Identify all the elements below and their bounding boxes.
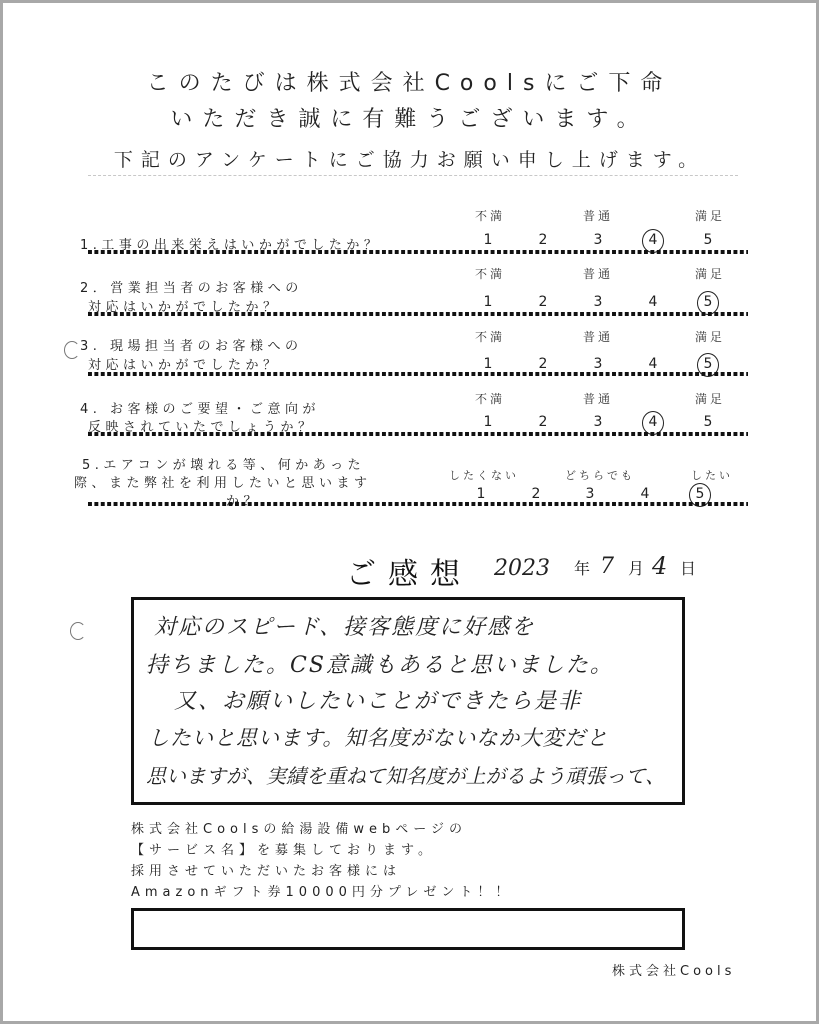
dotted-divider (88, 372, 748, 376)
scale-label-mid: 普通 (583, 390, 613, 407)
header-divider (88, 175, 738, 176)
scale-label-high: 満足 (695, 328, 725, 345)
date-day-label: 日 (680, 556, 696, 579)
survey-request-text: 下記のアンケートにご協力お願い申し上げます。 (0, 145, 819, 172)
scale-label-mid: 普通 (583, 328, 613, 345)
scale-label-low: 不満 (475, 265, 505, 282)
header-greeting-line-2: いただき誠に有難うございます。 (0, 102, 819, 133)
scale-label-low: 不満 (475, 207, 505, 224)
rating-option-4[interactable]: 4 (641, 294, 665, 310)
scale-label-mid: 普通 (583, 207, 613, 224)
rating-option-4-selected[interactable]: 4 (641, 232, 665, 248)
comment-line-5: 思いますが、実績を重ねて知名度が上がるよう頑張って、 (146, 760, 665, 789)
comment-line-2: 持ちました。CS意識もあると思いました。 (146, 648, 614, 679)
date-month-label: 月 (628, 556, 644, 579)
promo-line-4: Amazonギフト券10000円分プレゼント！！ (131, 881, 513, 900)
date-year-label: 年 (574, 556, 590, 579)
question-5-text-line-1: 5.エアコンが壊れる等、何かあった (82, 454, 365, 473)
scale-label-low: したくない (449, 467, 519, 483)
rating-option-2[interactable]: 2 (531, 232, 555, 248)
dotted-divider (88, 432, 748, 436)
rating-option-3[interactable]: 3 (586, 356, 610, 372)
comment-textarea[interactable]: 対応のスピード、接客態度に好感を 持ちました。CS意識もあると思いました。 又、… (131, 597, 685, 805)
rating-option-5[interactable]: 5 (696, 414, 720, 430)
rating-option-1[interactable]: 1 (476, 414, 500, 430)
question-5-text-line-2: 際、また弊社を利用したいと思います (74, 472, 372, 491)
punch-hole-mark (64, 341, 80, 359)
scale-label-high: 満足 (695, 390, 725, 407)
scale-label-low: 不満 (475, 328, 505, 345)
rating-option-1[interactable]: 1 (476, 294, 500, 310)
rating-option-2[interactable]: 2 (531, 356, 555, 372)
rating-option-5-selected[interactable]: 5 (696, 356, 720, 372)
rating-option-4[interactable]: 4 (633, 486, 657, 502)
promo-line-3: 採用させていただいたお客様には (131, 860, 401, 879)
rating-option-4[interactable]: 4 (641, 356, 665, 372)
scale-label-high: 満足 (695, 265, 725, 282)
impressions-title: ご感想 (346, 549, 472, 593)
comment-line-4: したいと思います。知名度がないなか大変だと (148, 722, 608, 752)
comment-line-3: 又、お願いしたいことができたら是非 (174, 684, 582, 715)
punch-hole-mark (70, 622, 86, 640)
scale-label-high: 満足 (695, 207, 725, 224)
scale-label-low: 不満 (475, 390, 505, 407)
footer-company-name: 株式会社Cools (612, 960, 735, 979)
service-name-input[interactable] (131, 908, 685, 950)
rating-option-5[interactable]: 5 (696, 232, 720, 248)
rating-option-4-selected[interactable]: 4 (641, 414, 665, 430)
rating-option-5-selected[interactable]: 5 (696, 294, 720, 310)
scale-label-high: したい (691, 467, 733, 483)
scale-label-mid: どちらでも (565, 467, 635, 483)
promo-line-1: 株式会社Coolsの給湯設備webページの (131, 818, 467, 837)
rating-option-3[interactable]: 3 (578, 486, 602, 502)
date-month: 7 (600, 554, 614, 579)
question-3-text-line-1: 3. 現場担当者のお客様への (80, 335, 303, 354)
question-2-text-line-1: 2．営業担当者のお客様への (80, 277, 303, 296)
question-4-text-line-1: 4. お客様のご要望・ご意向が (80, 398, 320, 417)
date-day: 4 (652, 552, 667, 580)
question-3-text-line-2: 対応はいかがでしたか？ (88, 354, 281, 373)
header-greeting-line-1: このたびは株式会社Coolsにご下命 (0, 66, 819, 97)
rating-option-1[interactable]: 1 (469, 486, 493, 502)
rating-option-1[interactable]: 1 (476, 232, 500, 248)
rating-option-5-selected[interactable]: 5 (688, 486, 712, 502)
rating-option-1[interactable]: 1 (476, 356, 500, 372)
dotted-divider (88, 312, 748, 316)
rating-option-2[interactable]: 2 (524, 486, 548, 502)
scale-label-mid: 普通 (583, 265, 613, 282)
date-year: 2023 (494, 556, 550, 581)
rating-option-2[interactable]: 2 (531, 414, 555, 430)
dotted-divider (88, 502, 748, 506)
rating-option-3[interactable]: 3 (586, 294, 610, 310)
rating-option-3[interactable]: 3 (586, 232, 610, 248)
rating-option-2[interactable]: 2 (531, 294, 555, 310)
rating-option-3[interactable]: 3 (586, 414, 610, 430)
question-5-text-line-3: か？ (226, 490, 261, 509)
promo-line-2: 【サービス名】を募集しております。 (131, 839, 436, 858)
dotted-divider (88, 250, 748, 254)
comment-line-1: 対応のスピード、接客態度に好感を (154, 610, 535, 641)
